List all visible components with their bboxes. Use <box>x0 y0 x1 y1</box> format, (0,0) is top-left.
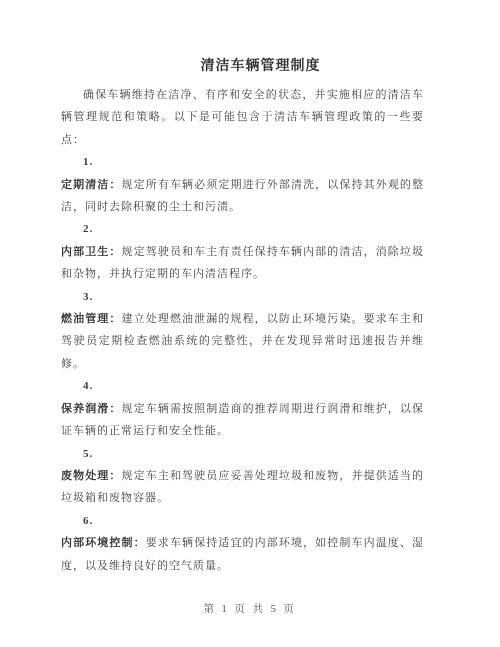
list-item-2: 2. 内部卫生：规定驾驶员和车主有责任保持车辆内部的清洁，消除垃圾和杂物，并执行… <box>61 218 424 285</box>
item-paragraph: 废物处理：规定车主和驾驶员应妥善处理垃圾和废物，并提供适当的垃圾箱和废物容器。 <box>61 465 424 510</box>
item-number: 6. <box>61 510 424 532</box>
item-paragraph: 保养润滑：规定车辆需按照制造商的推荐周期进行润滑和维护，以保证车辆的正常运行和安… <box>61 398 424 443</box>
item-number: 4. <box>61 375 424 397</box>
list-item-1: 1. 定期清洁：规定所有车辆必须定期进行外部清洗，以保持其外观的整洁，同时去除积… <box>61 151 424 218</box>
item-label: 保养润滑： <box>61 403 122 415</box>
document-title: 清洁车辆管理制度 <box>97 56 424 78</box>
page-number-indicator: 第 1 页 共 5 页 <box>0 601 500 616</box>
list-item-4: 4. 保养润滑：规定车辆需按照制造商的推荐周期进行润滑和维护，以保证车辆的正常运… <box>61 375 424 442</box>
item-number: 5. <box>61 443 424 465</box>
item-label: 内部环境控制： <box>61 537 146 549</box>
item-paragraph: 燃油管理：建立处理燃油泄漏的规程，以防止环境污染。要求车主和驾驶员定期检查燃油系… <box>61 308 424 375</box>
list-item-3: 3. 燃油管理：建立处理燃油泄漏的规程，以防止环境污染。要求车主和驾驶员定期检查… <box>61 286 424 376</box>
list-item-5: 5. 废物处理：规定车主和驾驶员应妥善处理垃圾和废物，并提供适当的垃圾箱和废物容… <box>61 443 424 510</box>
item-label: 废物处理： <box>61 470 122 482</box>
item-number: 3. <box>61 286 424 308</box>
item-label: 定期清洁： <box>61 179 122 191</box>
item-number: 1. <box>61 151 424 173</box>
item-paragraph: 内部环境控制：要求车辆保持适宜的内部环境，如控制车内温度、湿度，以及维持良好的空… <box>61 532 424 577</box>
item-label: 燃油管理： <box>61 313 122 325</box>
list-item-6: 6. 内部环境控制：要求车辆保持适宜的内部环境，如控制车内温度、湿度，以及维持良… <box>61 510 424 577</box>
item-number: 2. <box>61 218 424 240</box>
intro-paragraph: 确保车辆维持在洁净、有序和安全的状态，并实施相应的清洁车辆管理规范和策略。以下是… <box>61 84 424 151</box>
document-content: 清洁车辆管理制度 确保车辆维持在洁净、有序和安全的状态，并实施相应的清洁车辆管理… <box>0 0 500 577</box>
document-page: 清洁车辆管理制度 确保车辆维持在洁净、有序和安全的状态，并实施相应的清洁车辆管理… <box>0 0 500 647</box>
item-label: 内部卫生： <box>61 246 122 258</box>
item-paragraph: 定期清洁：规定所有车辆必须定期进行外部清洗，以保持其外观的整洁，同时去除积聚的尘… <box>61 174 424 219</box>
item-paragraph: 内部卫生：规定驾驶员和车主有责任保持车辆内部的清洁，消除垃圾和杂物，并执行定期的… <box>61 241 424 286</box>
